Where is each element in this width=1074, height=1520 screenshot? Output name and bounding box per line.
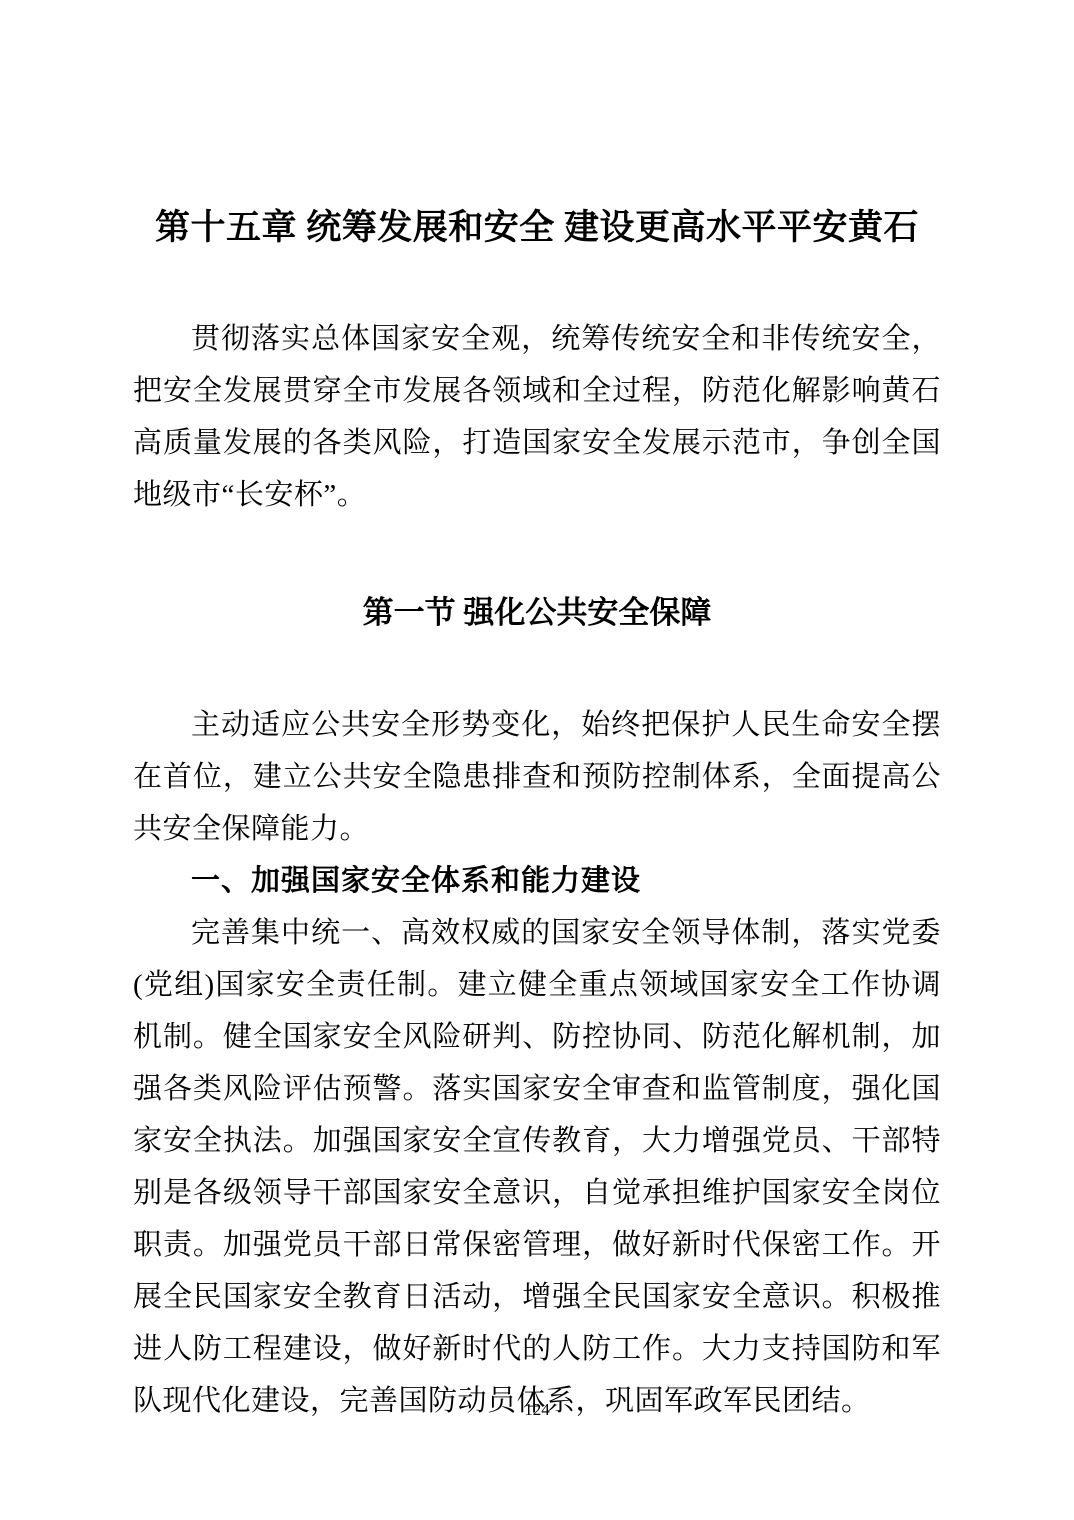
page-content: 第十五章 统筹发展和安全 建设更高水平平安黄石 贯彻落实总体国家安全观，统筹传统… [0,23,1074,1427]
chapter-intro-paragraph: 贯彻落实总体国家安全观，统筹传统安全和非传统安全，把安全发展贯穿全市发展各领域和… [133,313,941,521]
document-page: 第十五章 统筹发展和安全 建设更高水平平安黄石 贯彻落实总体国家安全观，统筹传统… [0,0,1074,1520]
chapter-title: 第十五章 统筹发展和安全 建设更高水平平安黄石 [133,23,941,251]
section-intro-paragraph: 主动适应公共安全形势变化，始终把保护人民生命安全摆在首位，建立公共安全隐患排查和… [133,699,941,855]
subsection-paragraph: 完善集中统一、高效权威的国家安全领导体制，落实党委(党组)国家安全责任制。建立健… [133,907,941,1427]
page-number: 124 [0,1400,1074,1420]
subsection-heading: 一、加强国家安全体系和能力建设 [133,855,941,907]
section-title: 第一节 强化公共安全保障 [133,593,941,633]
